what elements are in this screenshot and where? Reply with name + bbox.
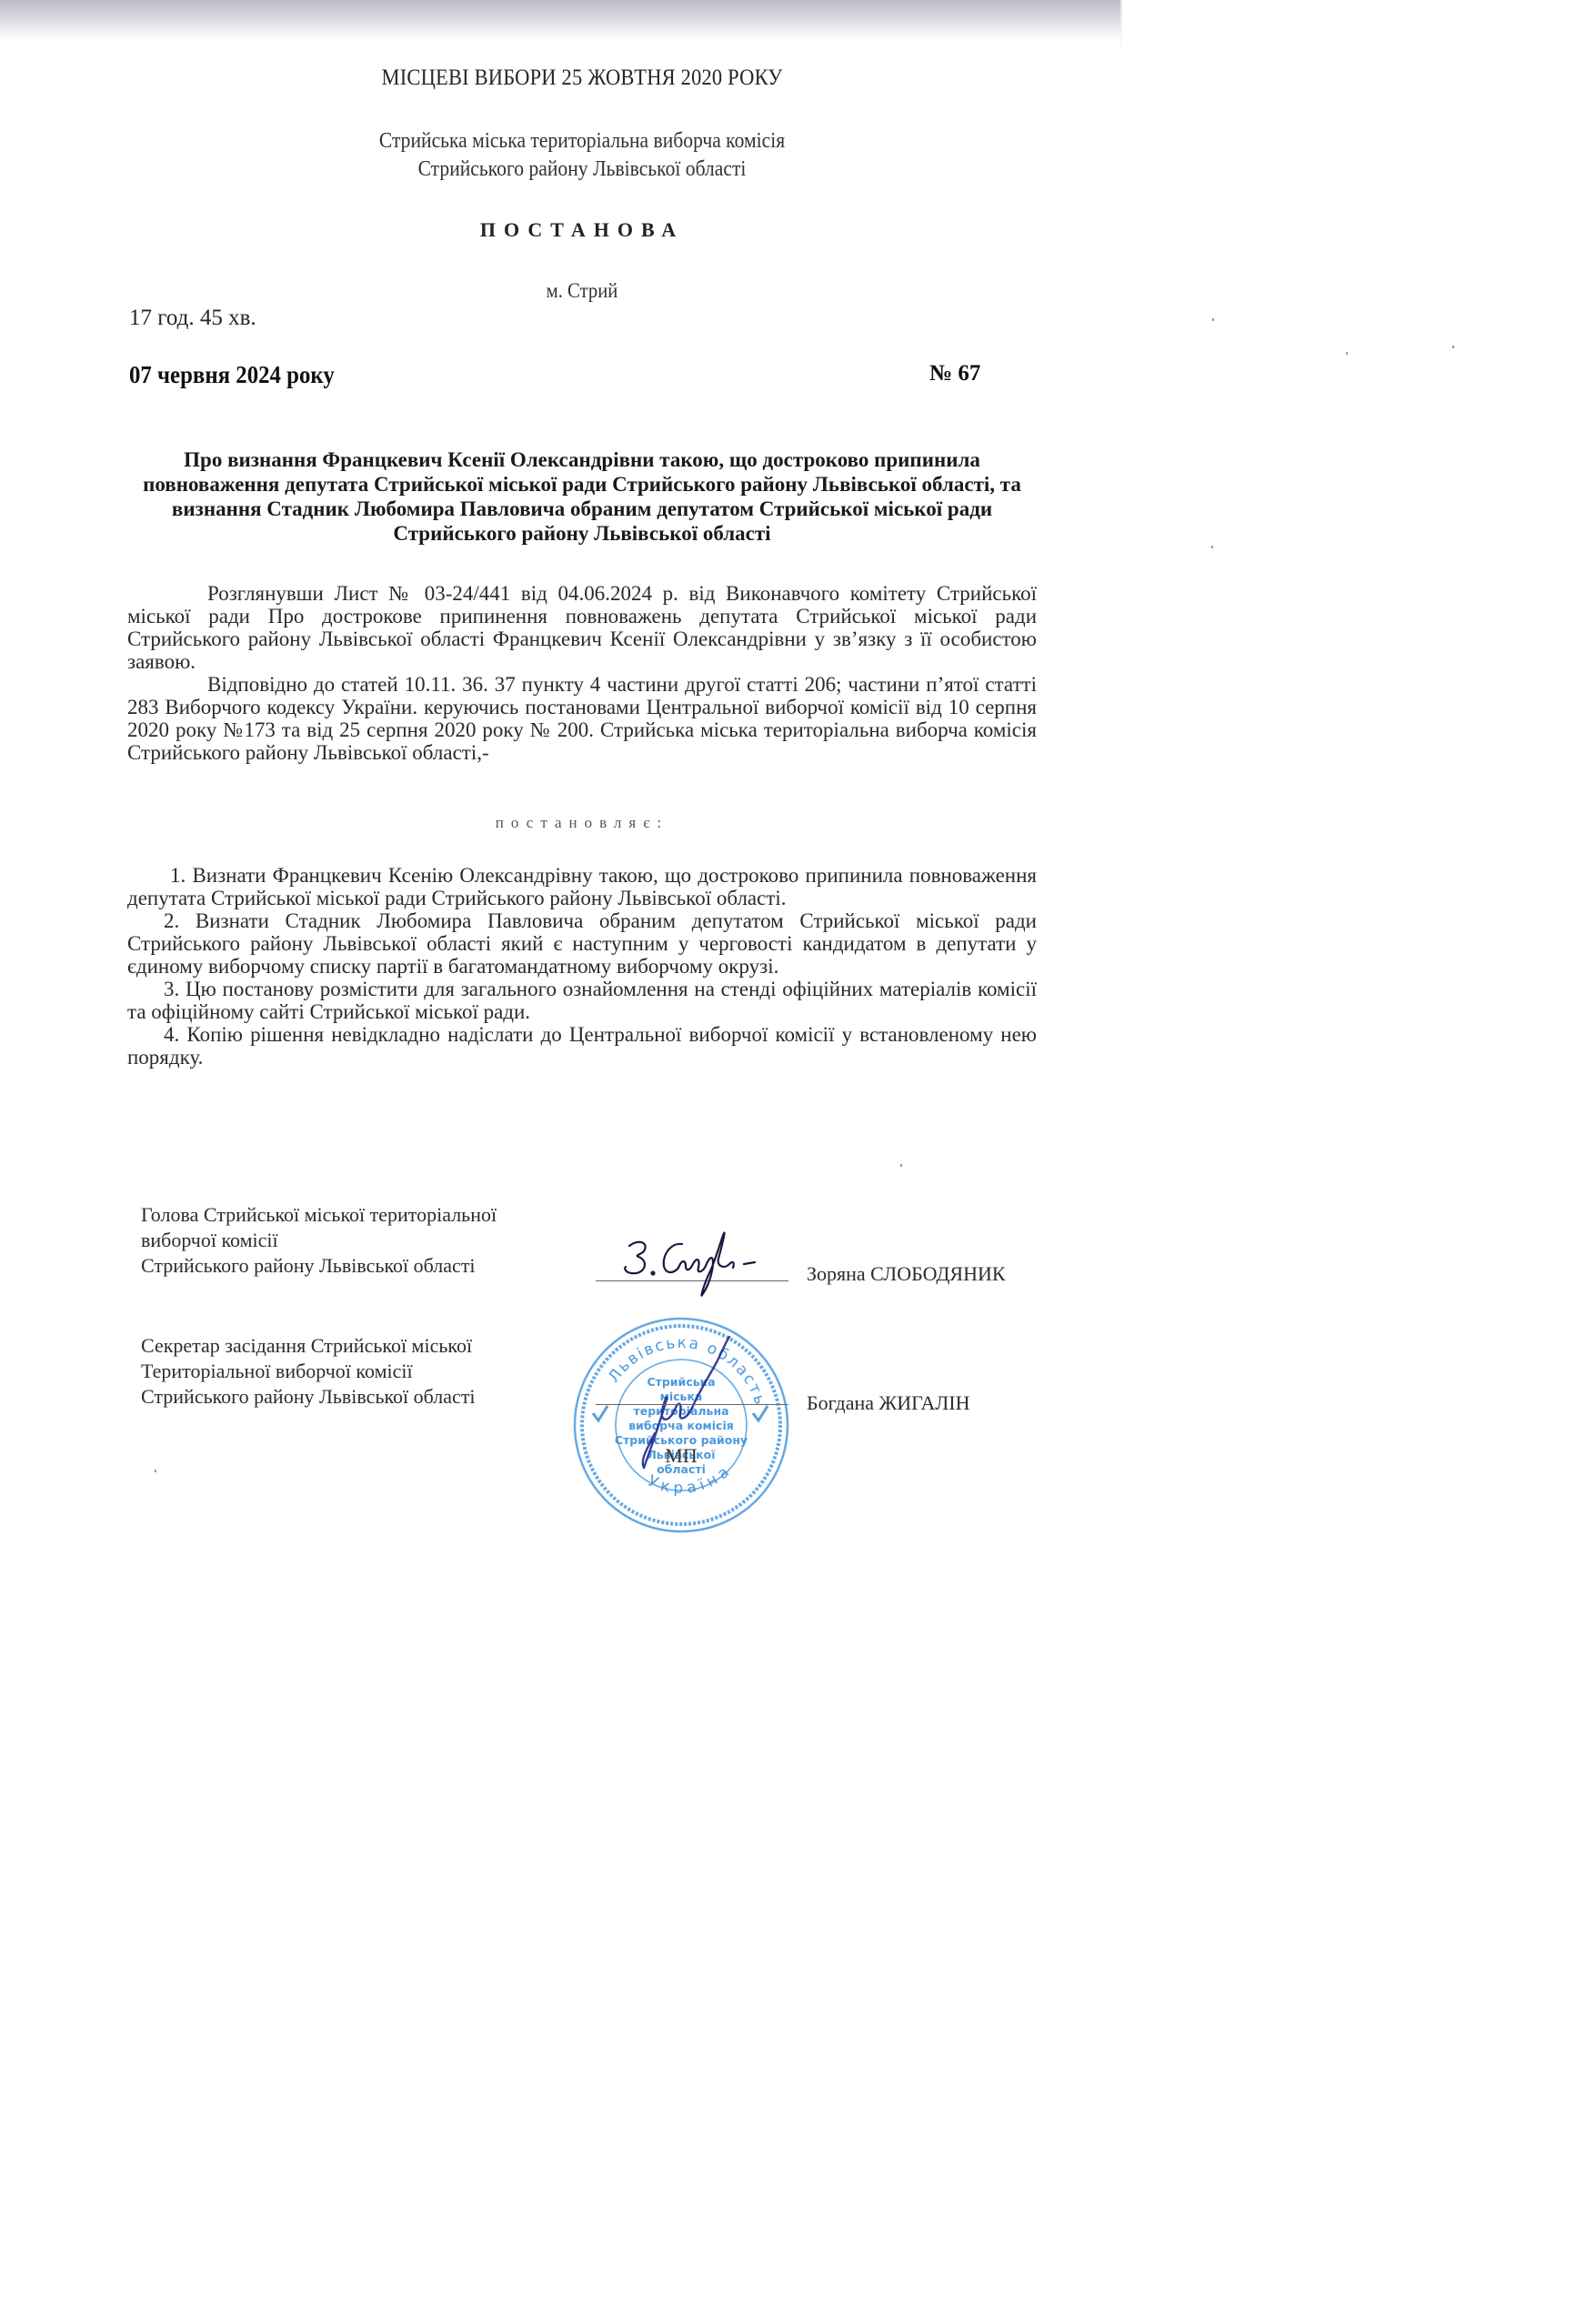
scan-page-edge bbox=[1120, 0, 1122, 55]
place: м. Стрий bbox=[173, 279, 991, 303]
resolution-title: Про визнання Францкевич Ксенії Олександр… bbox=[127, 447, 1037, 546]
document-type: ПОСТАНОВА bbox=[127, 218, 1037, 242]
commission-line-1: Стрийська міська територіальна виборча к… bbox=[173, 127, 991, 156]
document-number: № 67 bbox=[929, 361, 980, 386]
secretary-position: Секретар засідання Стрийської міської Те… bbox=[141, 1333, 476, 1410]
svg-text:виборча комісія: виборча комісія bbox=[628, 1419, 734, 1432]
scan-speck bbox=[1212, 318, 1214, 321]
election-title: МІСЦЕВІ ВИБОРИ 25 ЖОВТНЯ 2020 РОКУ bbox=[173, 65, 991, 91]
secretary-position-line: Секретар засідання Стрийської міської bbox=[141, 1333, 476, 1359]
head-position-line: Стрийського району Львівської області bbox=[141, 1253, 497, 1279]
mp-label: МП bbox=[665, 1444, 698, 1467]
commission-line-2: Стрийського району Львівської області bbox=[173, 156, 991, 184]
resolution-items: 1. Визнати Францкевич Ксенію Олександрів… bbox=[127, 864, 1037, 1069]
official-seal-icon: Львівська область Україна Стрийська місь… bbox=[571, 1315, 791, 1535]
secretary-signature-line bbox=[596, 1404, 788, 1405]
resolution-item: 2. Визнати Стадник Любомира Павловича об… bbox=[127, 909, 1037, 978]
secretary-name: Богдана ЖИГАЛІН bbox=[807, 1391, 970, 1415]
document-date: 07 червня 2024 року bbox=[129, 361, 335, 389]
head-name: Зоряна СЛОБОДЯНИК bbox=[807, 1262, 1006, 1286]
scan-speck bbox=[1211, 546, 1213, 548]
preamble-paragraph: Відповідно до статей 10.11. 36. 37 пункт… bbox=[127, 673, 1037, 764]
head-position-line: Голова Стрийської міської територіальної bbox=[141, 1202, 497, 1228]
scan-speck bbox=[900, 1164, 902, 1167]
preamble-paragraph: Розглянувши Лист № 03-24/441 від 04.06.2… bbox=[127, 582, 1037, 673]
document-time: 17 год. 45 хв. bbox=[129, 306, 256, 331]
decree-word: постановляє: bbox=[127, 814, 1037, 832]
scan-speck bbox=[1452, 346, 1454, 348]
scan-speck bbox=[1346, 352, 1348, 355]
scan-speck bbox=[155, 1470, 156, 1472]
head-position: Голова Стрийської міської територіальної… bbox=[141, 1202, 497, 1279]
resolution-item: 3. Цю постанову розмістити для загальног… bbox=[127, 978, 1037, 1023]
secretary-position-line: Стрийського району Львівської області bbox=[141, 1384, 476, 1410]
commission-name: Стрийська міська територіальна виборча к… bbox=[173, 127, 991, 184]
head-position-line: виборчої комісії bbox=[141, 1228, 497, 1253]
resolution-item: 1. Визнати Францкевич Ксенію Олександрів… bbox=[127, 864, 1037, 909]
head-signature-icon bbox=[618, 1228, 791, 1300]
secretary-position-line: Територіальної виборчої комісії bbox=[141, 1359, 476, 1384]
resolution-item: 4. Копію рішення невідкладно надіслати д… bbox=[127, 1023, 1037, 1069]
scan-shadow bbox=[0, 0, 1122, 42]
preamble: Розглянувши Лист № 03-24/441 від 04.06.2… bbox=[127, 582, 1037, 764]
